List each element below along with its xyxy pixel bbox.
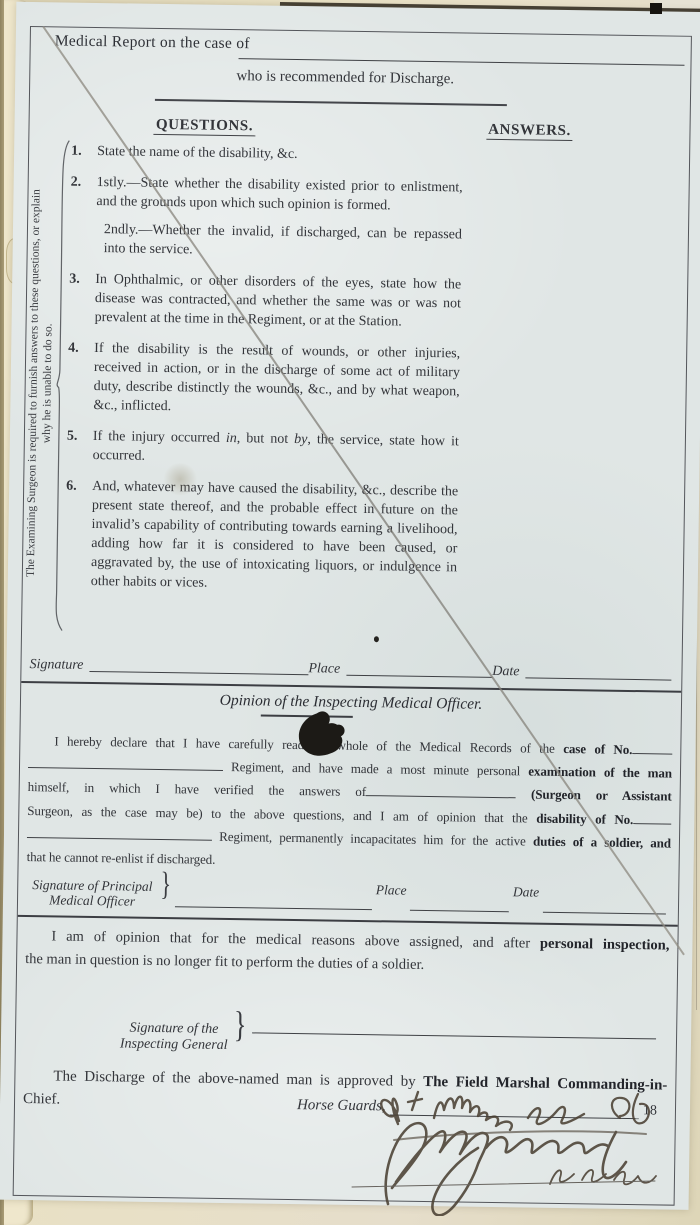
text-segment: Surgeon, as the case may be) to the abov… bbox=[27, 803, 536, 826]
question-paragraph: If the disability is the result of wound… bbox=[93, 339, 460, 420]
opinion-section-title: Opinion of the Inspecting Medical Office… bbox=[21, 689, 681, 717]
question-number: 4. bbox=[67, 339, 94, 415]
question-text: If the disability is the result of wound… bbox=[93, 339, 460, 420]
inspecting-general-row: Signature of the Inspecting General } bbox=[120, 1008, 657, 1060]
date-label: Date bbox=[492, 664, 519, 680]
form-blank bbox=[27, 824, 212, 841]
text-segment: that he cannot re-enlist if discharged. bbox=[27, 849, 216, 867]
question-paragraph: 2ndly.—Whether the invalid, if discharge… bbox=[96, 220, 463, 263]
text-segment: 2ndly.—Whether the invalid, if discharge… bbox=[104, 222, 462, 257]
question-paragraph: In Ophthalmic, or other disorders of the… bbox=[95, 270, 462, 332]
text-segment: If the injury occurred bbox=[93, 429, 226, 446]
place-blank[interactable] bbox=[410, 910, 508, 912]
place-blank[interactable] bbox=[346, 675, 492, 678]
text-segment: examination of the man bbox=[528, 764, 672, 781]
place-label: Place bbox=[308, 661, 340, 677]
surgeon-signature-row: Signature Place Date bbox=[29, 657, 671, 683]
page-title: Medical Report on the case of bbox=[55, 32, 250, 53]
declaration-paragraph: I hereby declare that I have carefully r… bbox=[27, 729, 673, 878]
question-number: 5. bbox=[66, 427, 93, 465]
form-border-frame: Medical Report on the case of who is rec… bbox=[13, 26, 692, 1206]
text-segment: personal inspection, bbox=[540, 936, 670, 954]
inspecting-general-signature-blank[interactable] bbox=[252, 1010, 656, 1039]
indent-spacer bbox=[28, 744, 54, 745]
question-row: 2.1stly.—State whether the disability ex… bbox=[70, 173, 463, 264]
questions-column-header: QUESTIONS. bbox=[124, 116, 284, 135]
question-number: 6. bbox=[65, 477, 93, 591]
text-segment: case of No. bbox=[563, 741, 632, 757]
recommend-subtitle: who is recommended for Discharge. bbox=[180, 67, 510, 89]
question-paragraph: 1stly.—State whether the disability exis… bbox=[96, 173, 463, 216]
signature-label: Signature bbox=[29, 657, 83, 674]
date-label: Date bbox=[513, 884, 539, 900]
date-blank[interactable] bbox=[543, 912, 666, 915]
handwritten-signature-area bbox=[336, 1076, 686, 1216]
signature-blank[interactable] bbox=[89, 671, 308, 675]
question-row: 6.And, whatever may have caused the disa… bbox=[65, 477, 459, 597]
brace-glyph: } bbox=[160, 865, 171, 904]
section-rule bbox=[18, 915, 678, 927]
header-rule bbox=[155, 99, 507, 106]
text-segment: (Surgeon or Assistant bbox=[516, 787, 672, 804]
fitness-paragraph: I am of opinion that for the medical rea… bbox=[25, 925, 670, 980]
indent-spacer bbox=[25, 939, 51, 940]
date-blank[interactable] bbox=[525, 677, 671, 680]
question-text: State the name of the disability, &c. bbox=[97, 142, 463, 166]
text-segment: Regiment, and have made a most minute pe… bbox=[223, 759, 529, 779]
text-segment: in bbox=[226, 431, 237, 446]
questions-list: 1.State the name of the disability, &c.2… bbox=[64, 142, 463, 609]
form-page: Medical Report on the case of who is rec… bbox=[0, 2, 700, 1210]
form-blank bbox=[366, 782, 516, 798]
text-segment: by bbox=[294, 432, 307, 447]
question-row: 5.If the injury occurred in, but not by,… bbox=[66, 427, 459, 471]
case-name-blank[interactable] bbox=[239, 36, 685, 66]
question-paragraph: And, whatever may have caused the disabi… bbox=[91, 477, 459, 596]
form-blank bbox=[28, 754, 223, 771]
form-blank bbox=[633, 810, 671, 825]
text-segment: I am of opinion that for the medical rea… bbox=[51, 928, 540, 951]
question-text: If the injury occurred in, but not by, t… bbox=[92, 427, 459, 470]
text-segment: himself, in which I have verified the an… bbox=[28, 779, 367, 799]
place-label: Place bbox=[376, 882, 407, 898]
handwritten-year-script bbox=[612, 1094, 649, 1123]
question-text: And, whatever may have caused the disabi… bbox=[91, 477, 459, 596]
principal-signature-row: Signature of Principal Medical Officer }… bbox=[28, 869, 666, 916]
text-segment: , but not bbox=[237, 431, 295, 447]
form-blank bbox=[632, 740, 672, 755]
indent-spacer bbox=[23, 1079, 53, 1080]
question-number: 3. bbox=[69, 270, 96, 327]
text-segment: the man in question is no longer fit to … bbox=[25, 951, 424, 973]
text-segment: If the disability is the result of wound… bbox=[93, 341, 460, 414]
principal-signature-label: Signature of Principal Medical Officer bbox=[32, 877, 153, 909]
question-text: 1stly.—State whether the disability exis… bbox=[96, 173, 463, 263]
answers-column-header: ANSWERS. bbox=[449, 121, 609, 140]
question-paragraph: If the injury occurred in, but not by, t… bbox=[92, 427, 459, 470]
ink-dot bbox=[374, 636, 379, 642]
question-text: In Ophthalmic, or other disorders of the… bbox=[95, 270, 462, 332]
question-row: 3.In Ophthalmic, or other disorders of t… bbox=[69, 270, 462, 333]
ink-blot bbox=[292, 707, 347, 758]
question-number: 2. bbox=[70, 173, 97, 258]
question-row: 4.If the disability is the result of wou… bbox=[67, 339, 460, 421]
binding-mark bbox=[650, 3, 662, 14]
question-number: 1. bbox=[71, 142, 97, 161]
text-segment: Regiment, permanently incapacitates him … bbox=[212, 829, 533, 849]
text-segment: Chief. bbox=[23, 1091, 60, 1108]
principal-signature-blank[interactable] bbox=[175, 906, 372, 910]
inspecting-general-label: Signature of the Inspecting General bbox=[120, 1020, 228, 1054]
scanned-document: Medical Report on the case of who is rec… bbox=[0, 0, 700, 1225]
question-paragraph: State the name of the disability, &c. bbox=[97, 142, 463, 166]
brace-glyph: } bbox=[234, 1004, 247, 1046]
text-segment: In Ophthalmic, or other disorders of the… bbox=[95, 272, 462, 330]
text-segment: And, whatever may have caused the disabi… bbox=[91, 479, 459, 591]
